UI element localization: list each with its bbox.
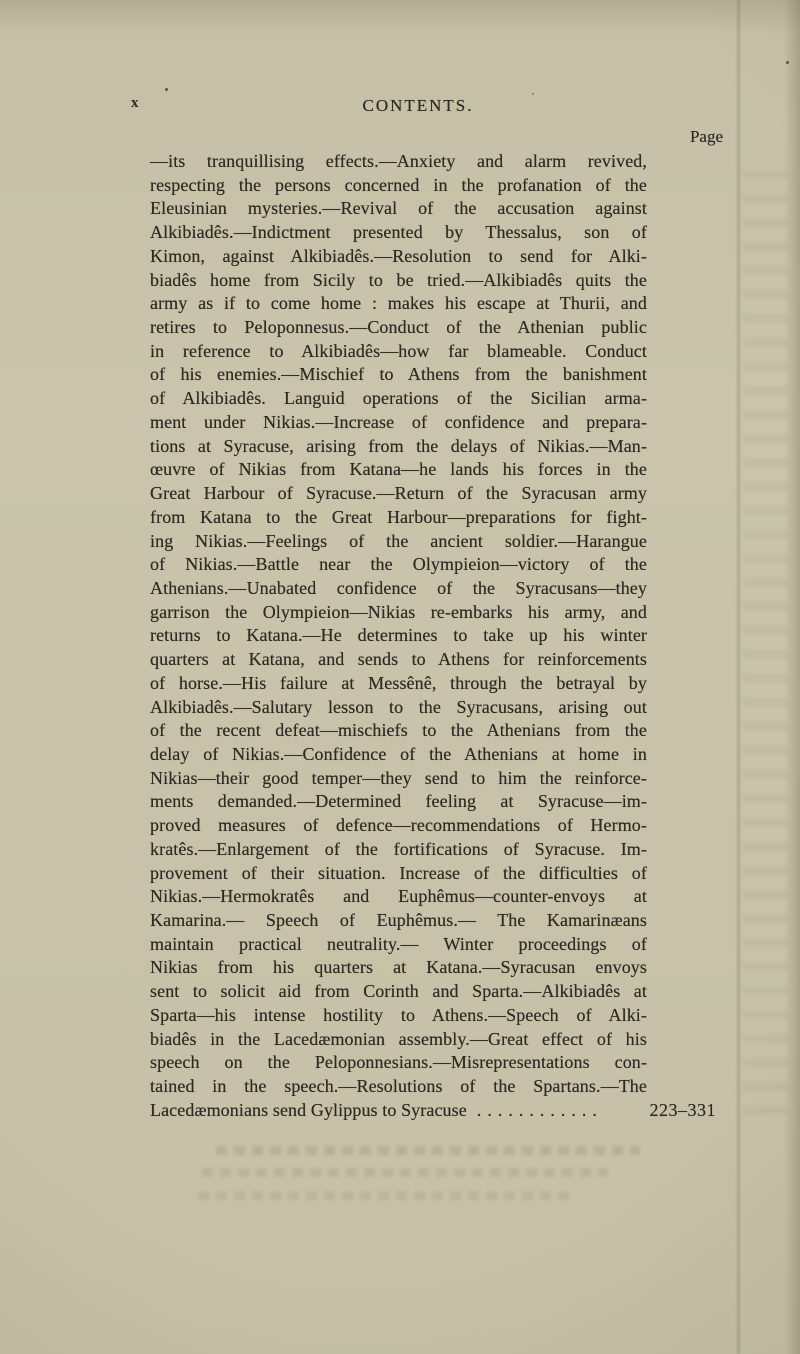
toc-line: biadês in the Lacedæmonian assembly.—Gre… — [150, 1028, 647, 1052]
toc-line: speech on the Peloponnesians.—Misreprese… — [150, 1051, 647, 1075]
toc-line: Alkibiadês.—Indictment presented by Thes… — [150, 221, 647, 245]
ink-speck — [165, 88, 168, 91]
toc-line: army as if to come home : makes his esca… — [150, 292, 647, 316]
page-column-label: Page — [150, 127, 723, 147]
toc-line: biadês home from Sicily to be tried.—Alk… — [150, 269, 647, 293]
toc-line: of his enemies.—Mischief to Athens from … — [150, 363, 647, 387]
toc-last-line-text: Lacedæmonians send Gylippus to Syracuse — [150, 1099, 467, 1123]
toc-line: in reference to Alkibiadês—how far blame… — [150, 340, 647, 364]
bleed-through-line — [216, 1146, 640, 1155]
toc-line: of Nikias.—Battle near the Olympieion—vi… — [150, 553, 647, 577]
toc-line: tions at Syracuse, arising from the dela… — [150, 435, 647, 459]
toc-line: œuvre of Nikias from Katana—he lands his… — [150, 458, 647, 482]
toc-line: maintain practical neutrality.— Winter p… — [150, 933, 647, 957]
toc-entry: —its tranquillising effects.—Anxiety and… — [150, 150, 647, 1122]
toc-line: kratês.—Enlargement of the fortification… — [150, 838, 647, 862]
toc-last-line: Lacedæmonians send Gylippus to Syracuse … — [150, 1099, 716, 1123]
page-range: 223–331 — [650, 1099, 717, 1123]
toc-line: Kamarina.— Speech of Euphêmus.— The Kama… — [150, 909, 647, 933]
toc-line: quarters at Katana, and sends to Athens … — [150, 648, 647, 672]
toc-line: ment under Nikias.—Increase of confidenc… — [150, 411, 647, 435]
toc-line: from Katana to the Great Harbour—prepara… — [150, 506, 647, 530]
contents-heading: CONTENTS. — [168, 96, 668, 116]
toc-line: Sparta—his intense hostility to Athens.—… — [150, 1004, 647, 1028]
toc-line: tained in the speech.—Resolutions of the… — [150, 1075, 647, 1099]
toc-line: Nikias.—Hermokratês and Euphêmus—counter… — [150, 885, 647, 909]
toc-line: Kimon, against Alkibiadês.—Resolution to… — [150, 245, 647, 269]
toc-entry-lines: —its tranquillising effects.—Anxiety and… — [150, 150, 647, 1099]
bleed-through-line — [202, 1168, 608, 1177]
toc-line: Alkibiadês.—Salutary lesson to the Syrac… — [150, 696, 647, 720]
bleed-through-margin — [742, 170, 788, 1120]
toc-line: provement of their situation. Increase o… — [150, 862, 647, 886]
toc-line: returns to Katana.—He determines to take… — [150, 624, 647, 648]
page-right-edge-shadow — [784, 0, 800, 1354]
toc-line: of Alkibiadês. Languid operations of the… — [150, 387, 647, 411]
toc-line: ing Nikias.—Feelings of the ancient sold… — [150, 530, 647, 554]
toc-line: Eleusinian mysteries.—Revival of the acc… — [150, 197, 647, 221]
toc-line: ments demanded.—Determined feeling at Sy… — [150, 790, 647, 814]
dot-leader: ............ — [467, 1099, 650, 1123]
toc-line: —its tranquillising effects.—Anxiety and… — [150, 150, 647, 174]
toc-line: proved measures of defence—recommendatio… — [150, 814, 647, 838]
toc-line: Athenians.—Unabated confidence of the Sy… — [150, 577, 647, 601]
toc-line: Nikias from his quarters at Katana.—Syra… — [150, 956, 647, 980]
folio-page-number: x — [131, 95, 139, 112]
ink-speck — [532, 93, 534, 95]
bleed-through-line — [198, 1191, 570, 1200]
toc-line: of the recent defeat—mischiefs to the At… — [150, 719, 647, 743]
toc-line: respecting the persons concerned in the … — [150, 174, 647, 198]
ink-speck — [786, 61, 789, 64]
toc-line: garrison the Olympieion—Nikias re-embark… — [150, 601, 647, 625]
toc-line: sent to solicit aid from Corinth and Spa… — [150, 980, 647, 1004]
toc-line: Great Harbour of Syracuse.—Return of the… — [150, 482, 647, 506]
page-crease-line — [736, 0, 741, 1354]
toc-line: of horse.—His failure at Messênê, throug… — [150, 672, 647, 696]
toc-line: Nikias—their good temper—they send to hi… — [150, 767, 647, 791]
toc-line: delay of Nikias.—Confidence of the Athen… — [150, 743, 647, 767]
toc-line: retires to Peloponnesus.—Conduct of the … — [150, 316, 647, 340]
